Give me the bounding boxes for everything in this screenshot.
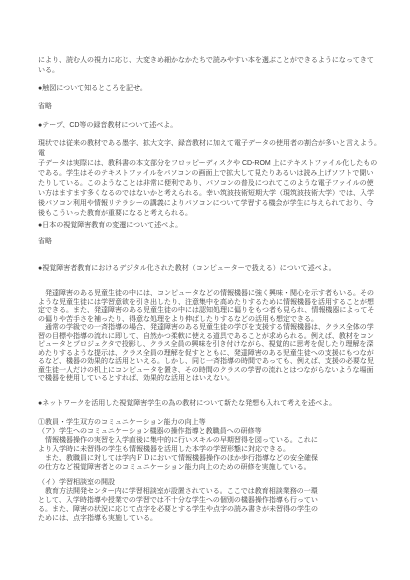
question-education-history: ●日本の視覚障害教育の変遷について述べよ。 bbox=[38, 221, 374, 231]
answer-digital-materials: 発達障害のある児童生徒の中には、コンピュータなどの情報機器に強く興味・関心を示す… bbox=[38, 290, 374, 384]
intro-paragraph: により、読む人の視力に応じ、大変きめ細かなかたちで読みやすい本を選ぶことができる… bbox=[38, 56, 374, 76]
document-page: により、読む人の視力に応じ、大変きめ細かなかたちで読みやすい本を選ぶことができる… bbox=[0, 0, 410, 580]
answer-network-part2: （イ）学習相談室の開設 教育方法開発センター内に学習相談室が設置されている。ここ… bbox=[38, 478, 374, 523]
document-content: により、読む人の視力に応じ、大変きめ細かなかたちで読みやすい本を選ぶことができる… bbox=[0, 0, 410, 523]
answer-audio-materials: 現状では従来の教材である墨字、拡大文字、録音教材に加えて電子データの使用者の割合… bbox=[38, 139, 374, 219]
answer-network-part1: ①教員・学生双方のコミュニケーション能力の向上等 （ア）学生へのコミュニケーショ… bbox=[38, 418, 374, 472]
question-digital-materials: ●視覚障害者教育におけるデジタル化された教材（コンピューターで扱える）について述… bbox=[38, 264, 374, 274]
answer-omitted-2: 省略 bbox=[38, 237, 374, 247]
answer-omitted-1: 省略 bbox=[38, 102, 374, 112]
question-network-materials: ●ネットワークを活用した視覚障害学生の為の教材について新たな発想も入れて考えを述… bbox=[38, 399, 374, 409]
question-audio-materials: ●テープ、CD等の録音教材について述べよ。 bbox=[38, 121, 374, 131]
question-tactile-diagrams: ●触図について知るところを記せ。 bbox=[38, 84, 374, 94]
